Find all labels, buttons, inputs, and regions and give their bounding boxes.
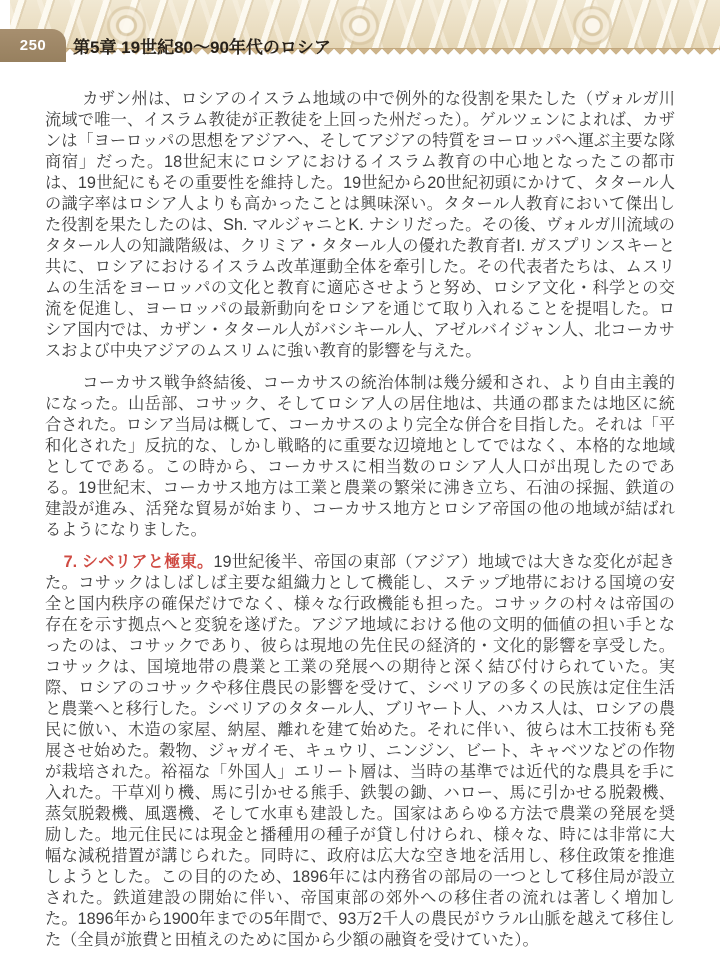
chapter-heading: 第5章 19世紀80〜90年代のロシア bbox=[73, 29, 331, 62]
book-page: 250 第5章 19世紀80〜90年代のロシア カザン州は、ロシアのイスラム地域… bbox=[0, 0, 720, 960]
paragraph-siberia-text: 19世紀後半、帝国の東部（アジア）地域では大きな変化が起きた。コサックはしばしば… bbox=[45, 553, 675, 949]
paragraph-caucasus: コーカサス戦争終結後、コーカサスの統治体制は幾分緩和され、より自由主義的になった… bbox=[45, 373, 675, 541]
page-number-badge: 250 bbox=[0, 29, 66, 62]
body-text: カザン州は、ロシアのイスラム地域の中で例外的な役割を果たした（ヴォルガ川流域で唯… bbox=[45, 89, 675, 960]
section-heading-siberia: 7. シベリアと極東。 bbox=[64, 553, 214, 571]
page-number: 250 bbox=[20, 37, 47, 54]
paragraph-kazan: カザン州は、ロシアのイスラム地域の中で例外的な役割を果たした（ヴォルガ川流域で唯… bbox=[45, 89, 675, 362]
paragraph-siberia: 7. シベリアと極東。19世紀後半、帝国の東部（アジア）地域では大きな変化が起き… bbox=[45, 552, 675, 951]
